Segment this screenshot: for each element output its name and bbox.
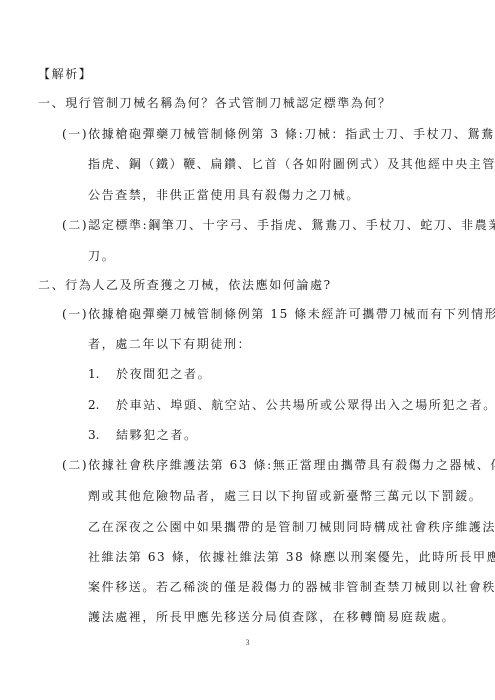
q2-para-2-line-4: 社維法第 63 條，依據社維法第 38 條應以刑案優先，此時所長甲應以刑事 bbox=[88, 550, 495, 564]
question-1: 一、現行管制刀械名稱為何？各式管制刀械認定標準為何？ bbox=[38, 96, 392, 110]
q1-para-2-line-2: 刀。 bbox=[88, 249, 115, 263]
q1-para-2-line-1: (二)認定標準:鋼筆刀、十字弓、手指虎、鴛鴦刀、手杖刀、蛇刀、非農業用掃 bbox=[62, 218, 495, 232]
page-number: 3 bbox=[0, 638, 495, 647]
analysis-heading: 【解析】 bbox=[38, 67, 92, 81]
q2-para-2-line-5: 案件移送。若乙稀淡的僅是殺傷力的器械非管制查禁刀械則以社會秩序維 bbox=[88, 580, 495, 594]
list-item: 3.結夥犯之者。 bbox=[88, 428, 198, 442]
q2-para-2-line-3: 乙在深夜之公園中如果攜帶的是管制刀械則同時構成社會秩序維護法與 bbox=[88, 520, 495, 534]
question-2: 二、行為人乙及所查獲之刀械，依法應如何論處? bbox=[38, 278, 332, 292]
q2-para-2-line-1: (二)依據社會秩序維護法第 63 條:無正當理由攜帶具有殺傷力之器械、化學製 bbox=[62, 458, 495, 472]
list-item: 2.於車站、埠頭、航空站、公共場所或公眾得出入之場所犯之者。 bbox=[88, 398, 495, 412]
list-item-number: 1. bbox=[88, 367, 116, 381]
document-page: 【解析】 一、現行管制刀械名稱為何？各式管制刀械認定標準為何？ (一)依據槍砲彈… bbox=[0, 0, 495, 700]
list-item-text: 於車站、埠頭、航空站、公共場所或公眾得出入之場所犯之者。 bbox=[116, 398, 495, 412]
q2-para-2-line-6: 護法處裡，所長甲應先移送分局偵查隊，在移轉簡易庭裁處。 bbox=[88, 610, 455, 624]
q2-para-1-line-2: 者，處二年以下有期徒刑： bbox=[88, 337, 251, 351]
list-item: 1.於夜間犯之者。 bbox=[88, 367, 211, 381]
q1-para-1-line-2: 指虎、鋼（鐵）鞭、扁鑽、匕首（各如附圖例式）及其他經中央主管機關 bbox=[88, 157, 495, 171]
list-item-number: 2. bbox=[88, 398, 116, 412]
q1-para-1-line-3: 公告查禁，非供正當使用具有殺傷力之刀械。 bbox=[88, 188, 360, 202]
list-item-text: 結夥犯之者。 bbox=[116, 428, 198, 442]
list-item-text: 於夜間犯之者。 bbox=[116, 367, 211, 381]
q1-para-1-line-1: (一)依據槍砲彈藥刀械管制條例第 3 條:刀械：指武士刀、手杖刀、鴛鴦刀、手 bbox=[62, 127, 495, 141]
q2-para-1-line-1: (一)依據槍砲彈藥刀械管制條例第 15 條未經許可攜帶刀械而有下列情形之一 bbox=[62, 307, 495, 321]
list-item-number: 3. bbox=[88, 428, 116, 442]
q2-para-2-line-2: 劑或其他危險物品者，處三日以下拘留或新臺幣三萬元以下罰鍰。 bbox=[88, 489, 482, 503]
